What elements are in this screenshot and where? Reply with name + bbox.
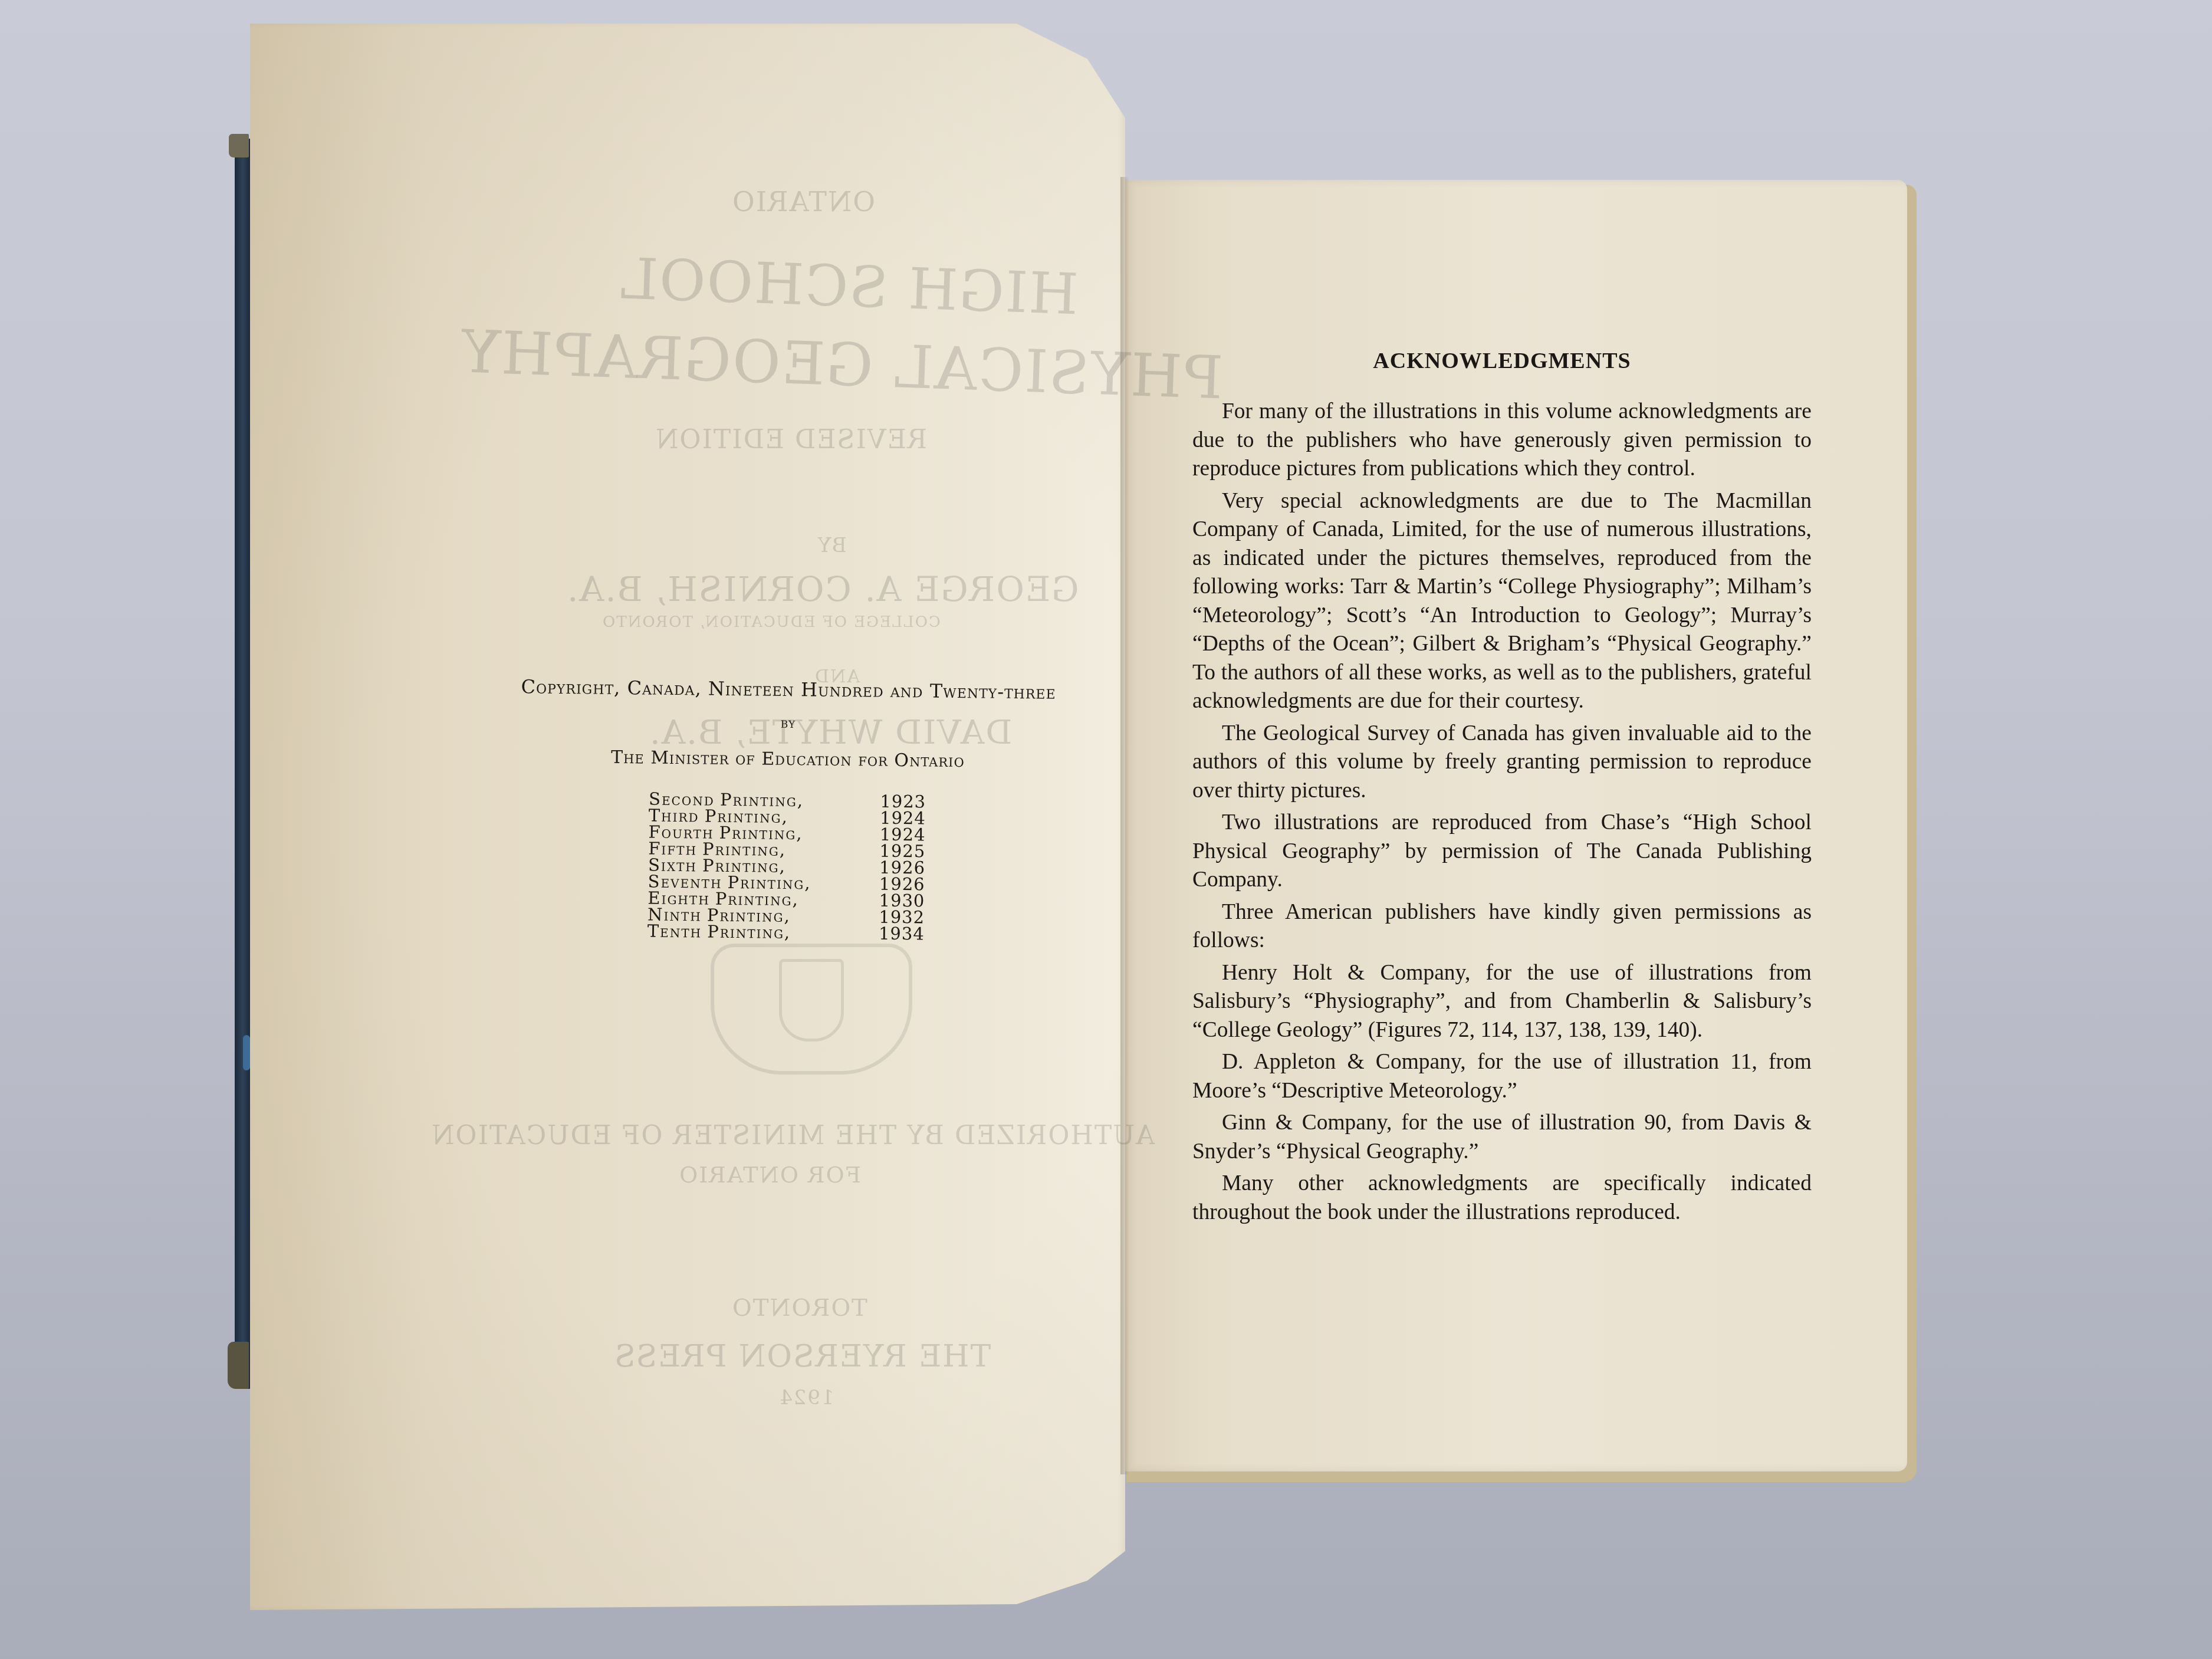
paragraph: Henry Holt & Company, for the use of ill… (1192, 959, 1812, 1045)
page-title: ACKNOWLEDGMENTS (1192, 348, 1812, 374)
show-through-ontario: ONTARIO (731, 186, 875, 218)
acknowledgments-section: ACKNOWLEDGMENTS For many of the illustra… (1192, 348, 1812, 1227)
show-through-authorization-line1: AUTHORIZED BY THE MINISTER OF EDUCATION (430, 1121, 1155, 1151)
paragraph: The Geological Survey of Canada has give… (1192, 720, 1812, 806)
copyright-block: Copyright, Canada, Nineteen Hundred and … (476, 675, 1099, 944)
show-through-publisher: THE RYERSON PRESS (613, 1339, 991, 1374)
printing-row: Tenth Printing,1934 (648, 923, 925, 942)
paragraph: Three American publishers have kindly gi… (1192, 898, 1812, 955)
printing-history: Second Printing,1923 Third Printing,1924… (648, 791, 926, 942)
paragraph: Two illustrations are reproduced from Ch… (1192, 809, 1812, 895)
frayed-spine-top (229, 134, 249, 157)
copyright-owner: The Minister of Education for Ontario (478, 746, 1097, 773)
show-through-author1: GEORGE A. CORNISH, B.A. (566, 569, 1079, 609)
show-through-author1-affiliation: COLLEGE OF EDUCATION, TORONTO (602, 613, 941, 631)
frayed-spine-bottom (228, 1342, 249, 1389)
show-through-year: 1924 (778, 1386, 834, 1410)
show-through-authorization-line2: FOR ONTARIO (678, 1162, 861, 1188)
paragraph: Many other acknowledgments are specifica… (1192, 1169, 1812, 1227)
show-through-city: TORONTO (731, 1295, 867, 1322)
paragraph: For many of the illustrations in this vo… (1192, 397, 1812, 484)
paragraph: D. Appleton & Company, for the use of il… (1192, 1048, 1812, 1105)
cover-blue-mark (243, 1035, 250, 1070)
show-through-edition: REVISED EDITION (655, 425, 927, 455)
paragraph: Very special acknowledgments are due to … (1192, 487, 1812, 716)
crest-emblem-icon (711, 944, 912, 1075)
copyright-by: by (478, 712, 1097, 735)
book-cover-edge (235, 139, 251, 1389)
book-photo: ONTARIO HIGH SCHOOL PHYSICAL GEOGRAPHY R… (0, 0, 2212, 1659)
show-through-by: BY (817, 534, 847, 557)
paragraph: Ginn & Company, for the use of illustrat… (1192, 1109, 1812, 1166)
